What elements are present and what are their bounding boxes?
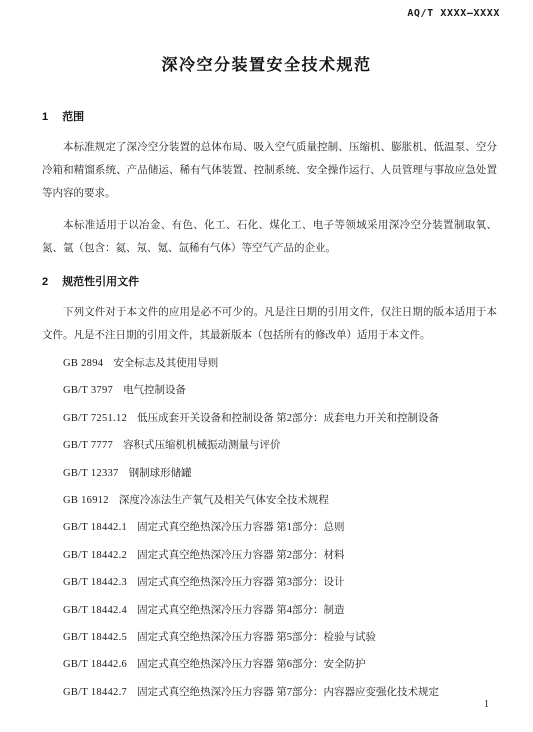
- reference-item: GB/T 18442.3固定式真空绝热深冷压力容器 第3部分：设计: [42, 569, 497, 596]
- reference-code: GB/T 7777: [63, 432, 113, 459]
- reference-item: GB/T 18442.5固定式真空绝热深冷压力容器 第5部分：检验与试验: [42, 624, 497, 651]
- reference-title: 固定式真空绝热深冷压力容器 第2部分：材料: [137, 550, 344, 561]
- document-body: 1 范围 本标准规定了深冷空分装置的总体布局、吸入空气质量控制、压缩机、膨胀机、…: [0, 108, 533, 706]
- reference-title: 容积式压缩机机械振动测量与评价: [123, 440, 281, 451]
- reference-title: 安全标志及其使用导则: [113, 358, 218, 369]
- reference-title: 电气控制设备: [123, 385, 186, 396]
- reference-code: GB/T 7251.12: [63, 405, 127, 432]
- document-title: 深冷空分装置安全技术规范: [0, 52, 533, 75]
- section-2-label: 规范性引用文件: [62, 276, 139, 288]
- section-1-label: 范围: [62, 111, 84, 123]
- reference-item: GB/T 7251.12低压成套开关设备和控制设备 第2部分：成套电力开关和控制…: [42, 405, 497, 432]
- reference-item: GB/T 18442.6固定式真空绝热深冷压力容器 第6部分：安全防护: [42, 651, 497, 678]
- reference-code: GB/T 12337: [63, 460, 119, 487]
- reference-code: GB/T 18442.4: [63, 597, 127, 624]
- standard-code: AQ/T XXXX—XXXX: [407, 8, 500, 19]
- reference-title: 固定式真空绝热深冷压力容器 第1部分：总则: [137, 522, 344, 533]
- reference-title: 固定式真空绝热深冷压力容器 第6部分：安全防护: [137, 659, 365, 670]
- page-number: 1: [484, 699, 489, 710]
- reference-code: GB/T 18442.2: [63, 542, 127, 569]
- reference-code: GB 16912: [63, 487, 109, 514]
- reference-title: 固定式真空绝热深冷压力容器 第5部分：检验与试验: [137, 632, 376, 643]
- document-page: AQ/T XXXX—XXXX 深冷空分装置安全技术规范 1 范围 本标准规定了深…: [0, 0, 533, 732]
- reference-title: 固定式真空绝热深冷压力容器 第4部分：制造: [137, 605, 344, 616]
- reference-item: GB 2894安全标志及其使用导则: [42, 350, 497, 377]
- reference-item: GB/T 12337钢制球形储罐: [42, 460, 497, 487]
- reference-list: GB 2894安全标志及其使用导则 GB/T 3797电气控制设备 GB/T 7…: [42, 350, 497, 706]
- scope-paragraph-2: 本标准适用于以冶金、有色、化工、石化、煤化工、电子等领域采用深冷空分装置制取氧、…: [42, 214, 497, 260]
- reference-title: 固定式真空绝热深冷压力容器 第7部分：内容器应变强化技术规定: [137, 687, 439, 698]
- section-2-number: 2: [42, 276, 48, 288]
- reference-code: GB/T 3797: [63, 377, 113, 404]
- reference-code: GB/T 18442.5: [63, 624, 127, 651]
- reference-item: GB/T 18442.1固定式真空绝热深冷压力容器 第1部分：总则: [42, 514, 497, 541]
- section-2-heading: 2 规范性引用文件: [42, 273, 497, 289]
- section-1-number: 1: [42, 111, 48, 123]
- reference-item: GB/T 3797电气控制设备: [42, 377, 497, 404]
- reference-item: GB/T 18442.7固定式真空绝热深冷压力容器 第7部分：内容器应变强化技术…: [42, 679, 497, 706]
- reference-code: GB 2894: [63, 350, 103, 377]
- reference-title: 低压成套开关设备和控制设备 第2部分：成套电力开关和控制设备: [137, 413, 439, 424]
- reference-item: GB/T 18442.4固定式真空绝热深冷压力容器 第4部分：制造: [42, 597, 497, 624]
- scope-paragraph-1: 本标准规定了深冷空分装置的总体布局、吸入空气质量控制、压缩机、膨胀机、低温泵、空…: [42, 136, 497, 205]
- reference-title: 固定式真空绝热深冷压力容器 第3部分：设计: [137, 577, 344, 588]
- reference-title: 深度冷冻法生产氧气及相关气体安全技术规程: [119, 495, 329, 506]
- reference-code: GB/T 18442.1: [63, 514, 127, 541]
- reference-code: GB/T 18442.6: [63, 651, 127, 678]
- reference-title: 钢制球形储罐: [129, 468, 192, 479]
- section-1-heading: 1 范围: [42, 108, 497, 124]
- reference-item: GB/T 18442.2固定式真空绝热深冷压力容器 第2部分：材料: [42, 542, 497, 569]
- reference-code: GB/T 18442.3: [63, 569, 127, 596]
- reference-item: GB 16912深度冷冻法生产氧气及相关气体安全技术规程: [42, 487, 497, 514]
- references-intro-paragraph: 下列文件对于本文件的应用是必不可少的。凡是注日期的引用文件，仅注日期的版本适用于…: [42, 301, 497, 347]
- reference-code: GB/T 18442.7: [63, 679, 127, 706]
- reference-item: GB/T 7777容积式压缩机机械振动测量与评价: [42, 432, 497, 459]
